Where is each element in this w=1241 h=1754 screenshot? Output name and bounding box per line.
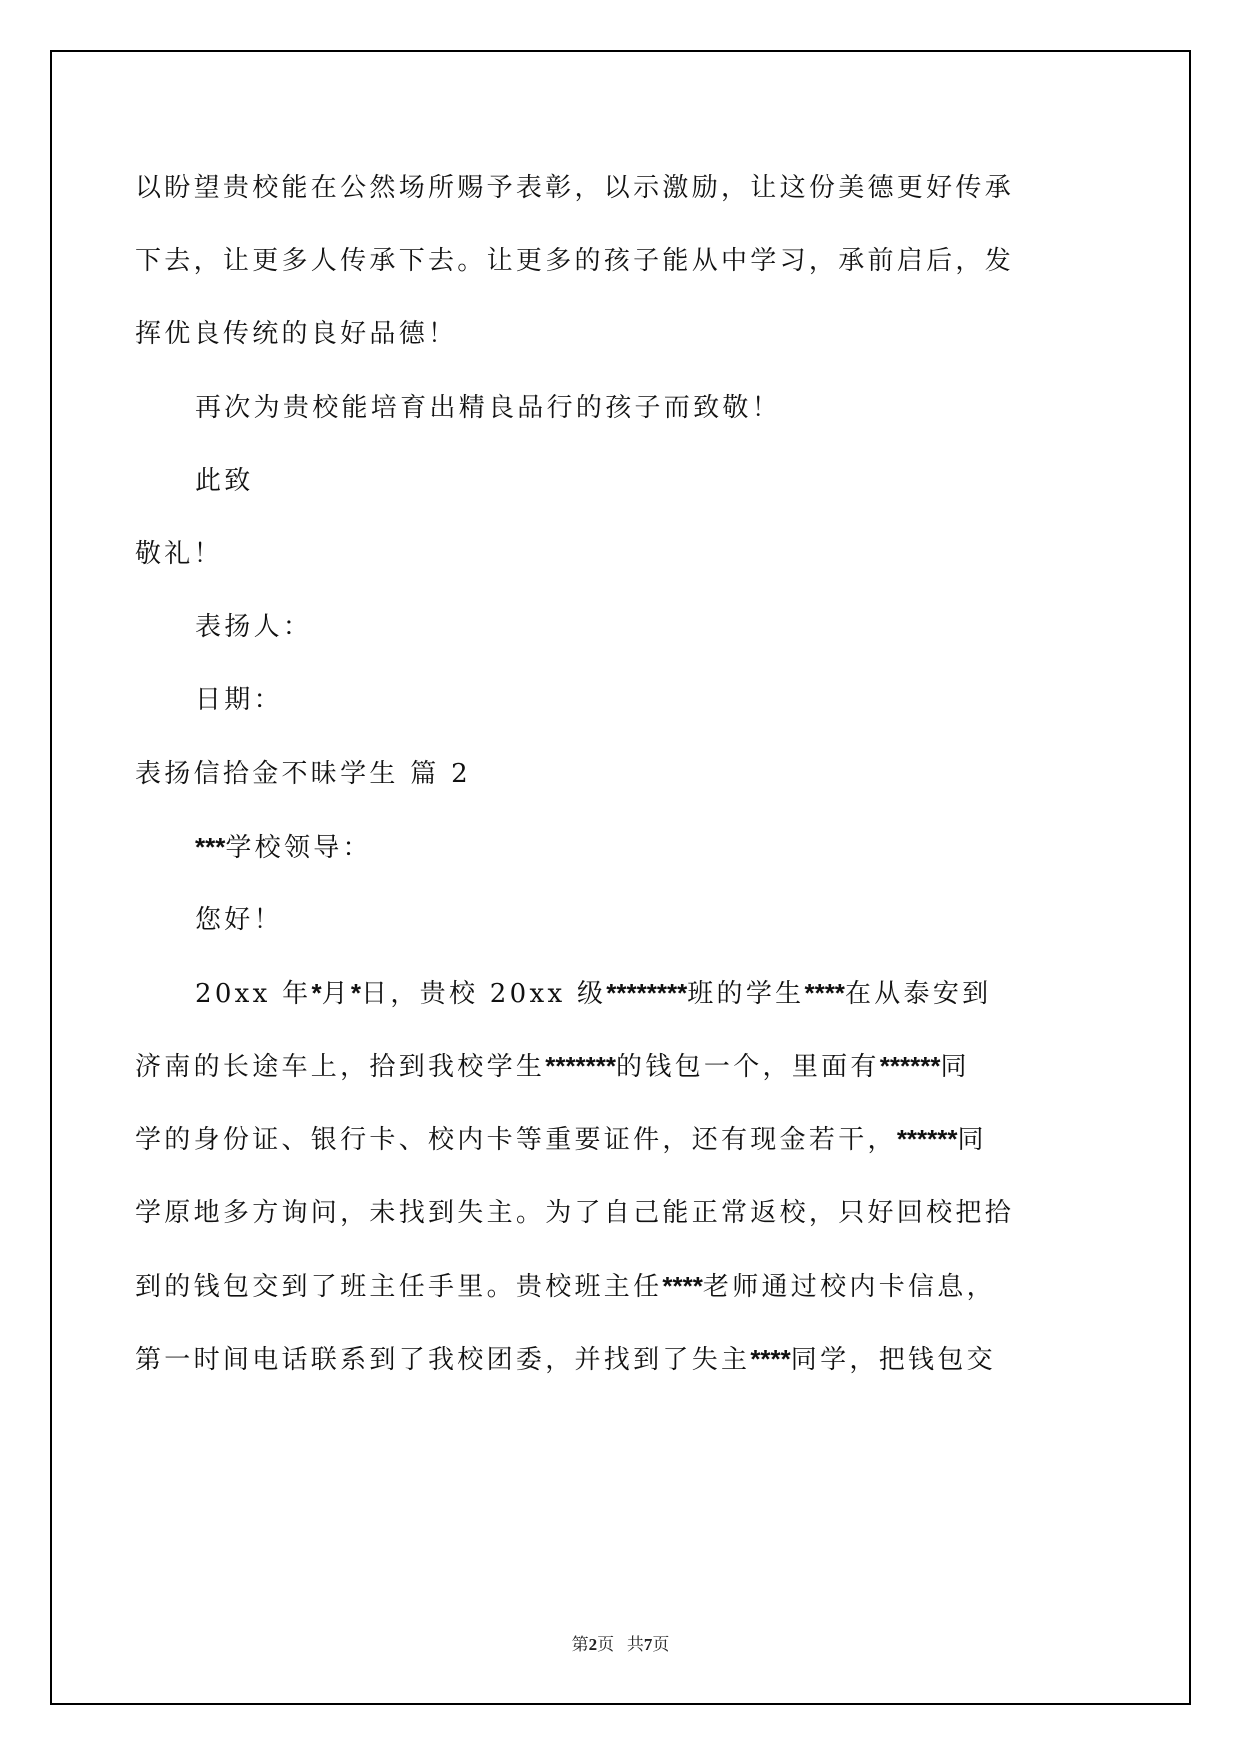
redacted-placeholder: **** [662, 1271, 702, 1301]
closing-salutation: 此致 [135, 456, 1095, 529]
recipient-greeting: ***学校领导： [135, 822, 1095, 895]
closing-regards: 敬礼！ [135, 529, 1095, 602]
redacted-placeholder: ****** [897, 1124, 958, 1154]
page-footer: 第2页 共7页 [0, 1630, 1241, 1655]
redacted-placeholder: ******* [545, 1051, 616, 1081]
redacted-placeholder: * [351, 978, 361, 1008]
redacted-placeholder: **** [804, 978, 844, 1008]
redacted-placeholder: ****** [880, 1051, 941, 1081]
text-line: 下去，让更多人传承下去。让更多的孩子能从中学习，承前启后，发 [135, 236, 1095, 309]
date-label: 日期： [135, 675, 1095, 748]
text-line: 学的身份证、银行卡、校内卡等重要证件，还有现金若干，******同 [135, 1114, 1095, 1187]
signer-label: 表扬人： [135, 602, 1095, 675]
page-prefix: 第 [572, 1635, 589, 1654]
greeting: 您好！ [135, 895, 1095, 968]
current-page-number: 2 [589, 1635, 598, 1654]
text-line: 济南的长途车上，拾到我校学生*******的钱包一个，里面有******同 [135, 1041, 1095, 1114]
redacted-placeholder: *** [195, 832, 225, 862]
text-line: 再次为贵校能培育出精良品行的孩子而致敬！ [135, 383, 1095, 456]
text-line: 学原地多方询问，未找到失主。为了自己能正常返校，只好回校把拾 [135, 1188, 1095, 1261]
text-line: 20xx 年*月*日，贵校 20xx 级********班的学生****在从泰安… [135, 968, 1095, 1041]
page-suffix: 页 [652, 1635, 669, 1654]
redacted-placeholder: * [311, 978, 321, 1008]
redacted-placeholder: ******** [606, 978, 687, 1008]
page-middle: 页 共 [597, 1635, 644, 1654]
text-line: 到的钱包交到了班主任手里。贵校班主任****老师通过校内卡信息， [135, 1261, 1095, 1334]
redacted-placeholder: **** [750, 1344, 790, 1374]
section-heading: 表扬信拾金不昧学生 篇 2 [135, 749, 1095, 822]
text-line: 以盼望贵校能在公然场所赐予表彰，以示激励，让这份美德更好传承 [135, 163, 1095, 236]
document-body: 以盼望贵校能在公然场所赐予表彰，以示激励，让这份美德更好传承 下去，让更多人传承… [135, 163, 1095, 1407]
text-line: 挥优良传统的良好品德！ [135, 309, 1095, 382]
text-line: 第一时间电话联系到了我校团委，并找到了失主****同学，把钱包交 [135, 1334, 1095, 1407]
